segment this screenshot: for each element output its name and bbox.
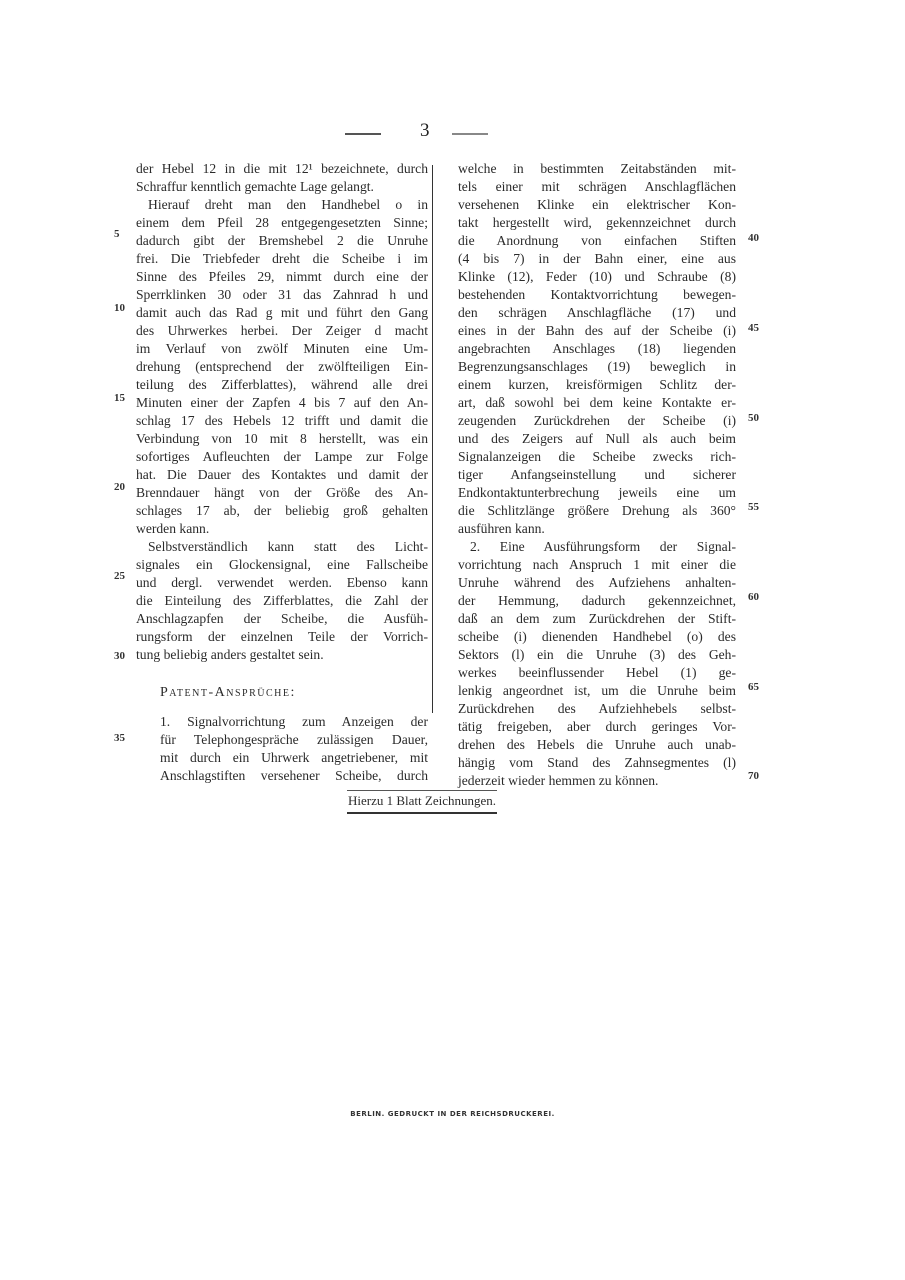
- text-line: angebrachten Anschlages (18) liegenden: [458, 340, 736, 358]
- column-divider: [432, 165, 433, 713]
- text-line: zeugenden Zurückdrehen der Scheibe (i): [458, 412, 736, 430]
- line-number: 35: [114, 732, 125, 744]
- text-line: der Hemmung, dadurch gekennzeichnet,: [458, 592, 736, 610]
- text-line: Endkontaktunterbrechung jeweils eine um: [458, 484, 736, 502]
- claim-1-line: Anschlagstiften versehener Scheibe, durc…: [136, 767, 428, 785]
- printer-imprint: BERLIN. GEDRUCKT IN DER REICHSDRUCKEREI.: [0, 1110, 905, 1118]
- text-line: Zurückdrehen des Aufziehhebels selbst-: [458, 700, 736, 718]
- line-number: 25: [114, 570, 125, 582]
- text-line: frei. Die Triebfeder dreht die Scheibe i…: [136, 250, 428, 268]
- text-line: drehen des Hebels die Unruhe auch unab-: [458, 736, 736, 754]
- text-line: vorrichtung nach Anspruch 1 mit einer di…: [458, 556, 736, 574]
- line-number: 30: [114, 650, 125, 662]
- text-line: art, daß sowohl bei dem keine Kontakte e…: [458, 394, 736, 412]
- text-line: lenkig angeordnet ist, um die Unruhe bei…: [458, 682, 736, 700]
- text-line: Sinne des Pfeiles 29, nimmt durch eine d…: [136, 268, 428, 286]
- text-line: (4 bis 7) in der Bahn einer, eine aus: [458, 250, 736, 268]
- text-line: damit auch das Rad g mit und führt den G…: [136, 304, 428, 322]
- text-line: Anschlagzapfen der Scheibe, die Ausfüh-: [136, 610, 428, 628]
- line-number: 50: [748, 412, 759, 424]
- text-line: die Einteilung des Zifferblattes, die Za…: [136, 592, 428, 610]
- line-number: 70: [748, 770, 759, 782]
- line-number: 40: [748, 232, 759, 244]
- text-line: Sektors (l) ein die Unruhe (3) des Geh-: [458, 646, 736, 664]
- text-line: signales ein Glockensignal, eine Fallsch…: [136, 556, 428, 574]
- text-line: eines in der Bahn des auf der Scheibe (i…: [458, 322, 736, 340]
- text-line: der Hebel 12 in die mit 12¹ bezeichnete,…: [136, 160, 428, 178]
- text-line: den schrägen Anschlagfläche (17) und: [458, 304, 736, 322]
- line-number: 20: [114, 481, 125, 493]
- text-line: Klinke (12), Feder (10) und Schraube (8): [458, 268, 736, 286]
- line-number: 15: [114, 392, 125, 404]
- text-line: tung beliebig anders gestaltet sein.: [136, 646, 428, 664]
- text-line: Schraffur kenntlich gemachte Lage gelang…: [136, 178, 428, 196]
- line-number: 55: [748, 501, 759, 513]
- text-line: sofortiges Aufleuchten der Lampe zur Fol…: [136, 448, 428, 466]
- text-line: ausführen kann.: [458, 520, 736, 538]
- text-line: daß an dem zum Zurückdrehen der Stift-: [458, 610, 736, 628]
- drawings-note: Hierzu 1 Blatt Zeichnungen.: [347, 790, 497, 814]
- text-line: tiger Anfangseinstellung und sicherer: [458, 466, 736, 484]
- text-line: tätig freigeben, aber durch geringes Vor…: [458, 718, 736, 736]
- text-line: werden kann.: [136, 520, 428, 538]
- line-number: 10: [114, 302, 125, 314]
- text-line: schlages 17 ab, der beliebig groß gehalt…: [136, 502, 428, 520]
- left-column: der Hebel 12 in die mit 12¹ bezeichnete,…: [136, 160, 428, 785]
- text-line: des Uhrwerkes herbei. Der Zeiger d macht: [136, 322, 428, 340]
- text-line: Signalanzeigen die Scheibe zwecks rich-: [458, 448, 736, 466]
- text-line: jederzeit wieder hemmen zu können.: [458, 772, 736, 790]
- text-line: schlag 17 des Hebels 12 trifft und damit…: [136, 412, 428, 430]
- text-line: Hierauf dreht man den Handhebel o in: [136, 196, 428, 214]
- claim-1-line: mit durch ein Uhrwerk angetriebener, mit: [136, 749, 428, 767]
- text-line: und dergl. verwendet werden. Ebenso kann: [136, 574, 428, 592]
- text-line: werkes beeinflussender Hebel (1) ge-: [458, 664, 736, 682]
- text-line: Verbindung von 10 mit 8 herstellt, was e…: [136, 430, 428, 448]
- text-line: teilung des Zifferblattes), während alle…: [136, 376, 428, 394]
- page-number: 3: [420, 120, 430, 142]
- text-line: Minuten einer der Zapfen 4 bis 7 auf den…: [136, 394, 428, 412]
- text-line: und des Zeigers auf Null als auch beim: [458, 430, 736, 448]
- text-line: hat. Die Dauer des Kontaktes und damit d…: [136, 466, 428, 484]
- text-line: Begrenzungsanschlages (19) beweglich in: [458, 358, 736, 376]
- text-line: bestehenden Kontaktvorrichtung bewegen-: [458, 286, 736, 304]
- text-line: tels einer mit schrägen Anschlagflächen: [458, 178, 736, 196]
- text-line: Unruhe während des Aufziehens anhalten-: [458, 574, 736, 592]
- page-header: 3: [0, 124, 905, 144]
- text-line: Sperrklinken 30 oder 31 das Zahnrad h un…: [136, 286, 428, 304]
- claim-1-line: 1. Signalvorrichtung zum Anzeigen der: [136, 713, 428, 731]
- text-line: die Schlitzlänge größere Drehung als 360…: [458, 502, 736, 520]
- claim-1-line: für Telephongespräche zulässigen Dauer,: [136, 731, 428, 749]
- line-number: 45: [748, 322, 759, 334]
- header-rule-right: [452, 133, 488, 135]
- header-rule-left: [345, 133, 381, 135]
- line-number: 65: [748, 681, 759, 693]
- text-line: dadurch gibt der Bremshebel 2 die Unruhe: [136, 232, 428, 250]
- line-number: 60: [748, 591, 759, 603]
- text-line: die Anordnung von einfachen Stiften: [458, 232, 736, 250]
- text-line: scheibe (i) dienenden Handhebel (o) des: [458, 628, 736, 646]
- text-line: welche in bestimmten Zeitabständen mit-: [458, 160, 736, 178]
- text-line: 2. Eine Ausführungsform der Signal-: [458, 538, 736, 556]
- text-line: takt hergestellt wird, gekennzeichnet du…: [458, 214, 736, 232]
- text-line: versehenen Klinke ein elektrischer Kon-: [458, 196, 736, 214]
- text-line: hängig vom Stand des Zahnsegmentes (l): [458, 754, 736, 772]
- text-line: einem kurzen, kreisförmigen Schlitz der-: [458, 376, 736, 394]
- line-number: 5: [114, 228, 120, 240]
- text-line: drehung (entsprechend der zwölfteiligen …: [136, 358, 428, 376]
- right-column: welche in bestimmten Zeitabständen mit- …: [458, 160, 736, 790]
- text-line: im Verlauf von zwölf Minuten eine Um-: [136, 340, 428, 358]
- text-line: einem dem Pfeil 28 entgegengesetzten Sin…: [136, 214, 428, 232]
- text-line: Selbstverständlich kann statt des Licht-: [136, 538, 428, 556]
- text-line: Brenndauer hängt von der Größe des An-: [136, 484, 428, 502]
- claims-heading: Patent-Ansprüche:: [136, 684, 428, 702]
- text-line: rungsform der einzelnen Teile der Vorric…: [136, 628, 428, 646]
